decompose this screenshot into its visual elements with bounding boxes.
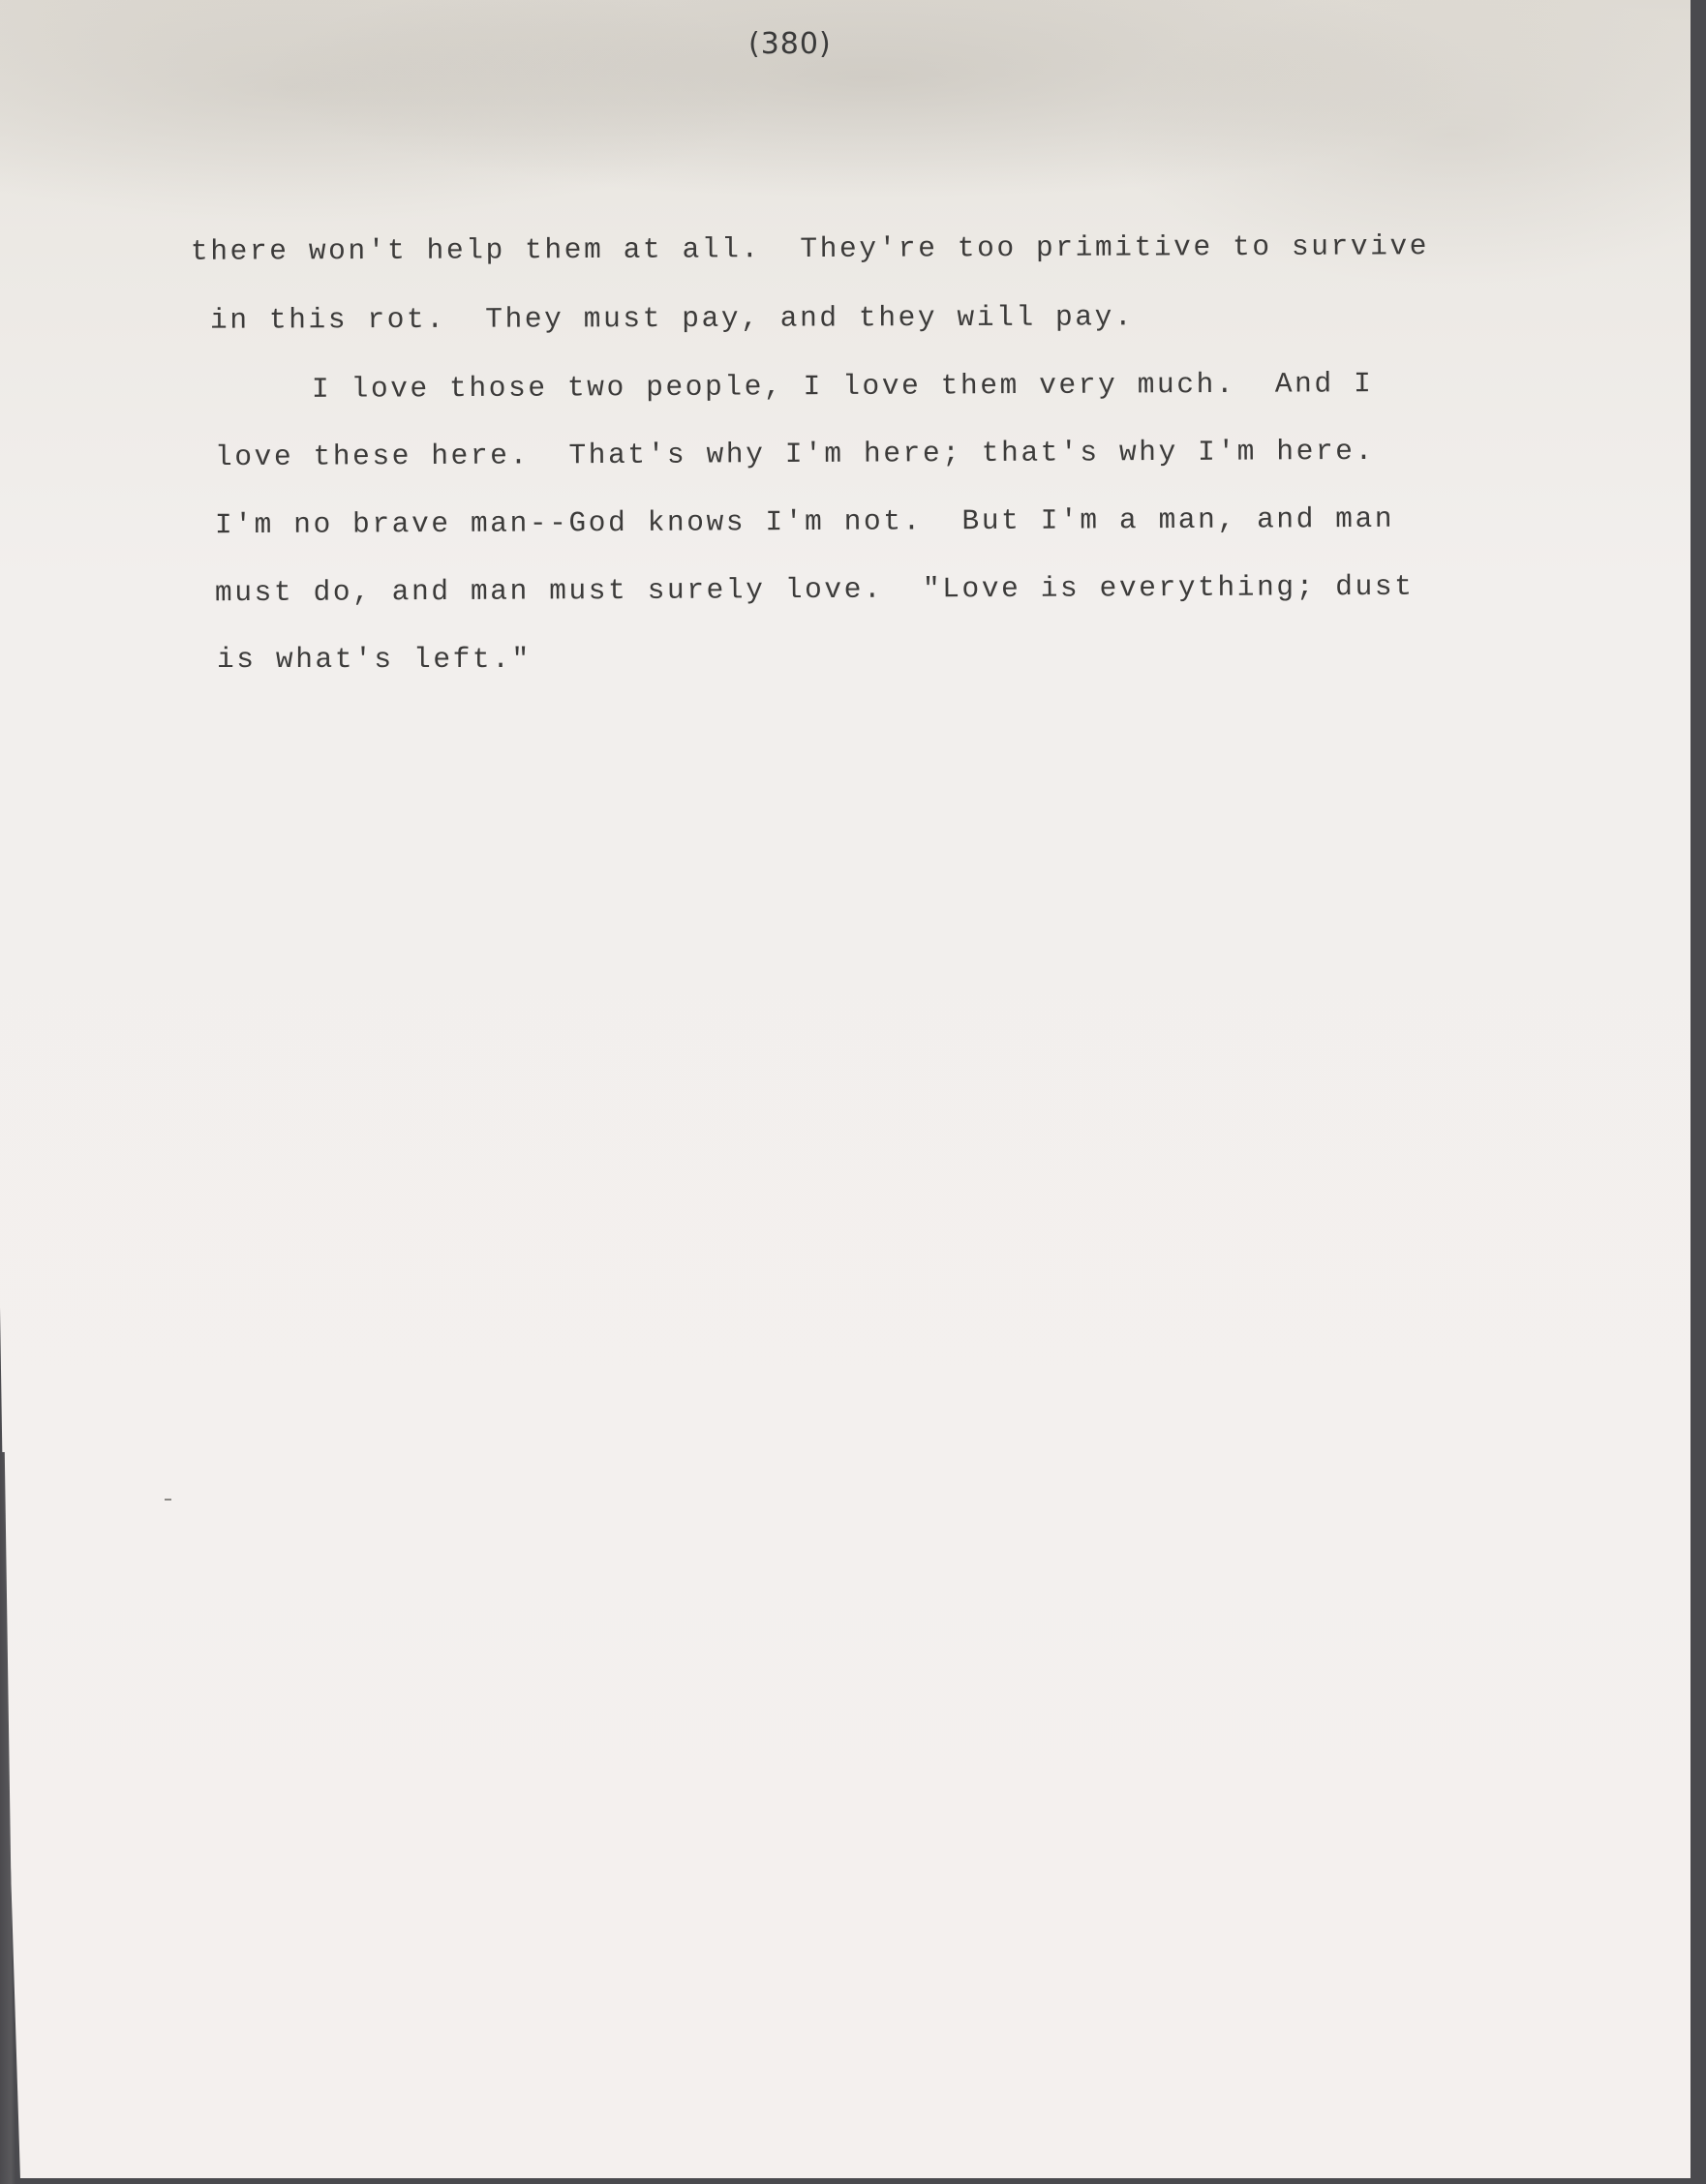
text-line: must do, and man must surely love. "Love… [215, 570, 1415, 609]
text-line: in this rot. They must pay, and they wil… [210, 300, 1134, 336]
typewritten-page: (380) there won't help them at all. They… [0, 0, 1691, 2178]
paragraph-start-line: I love those two people, I love them ver… [312, 367, 1374, 406]
text-line: love these here. That's why I'm here; th… [215, 435, 1375, 473]
paper-speck [165, 1499, 171, 1501]
text-line: there won't help them at all. They're to… [191, 229, 1429, 268]
text-line: is what's left." [217, 643, 532, 676]
page-number: (380) [748, 27, 832, 61]
text-line: I'm no brave man--God knows I'm not. But… [215, 502, 1394, 541]
